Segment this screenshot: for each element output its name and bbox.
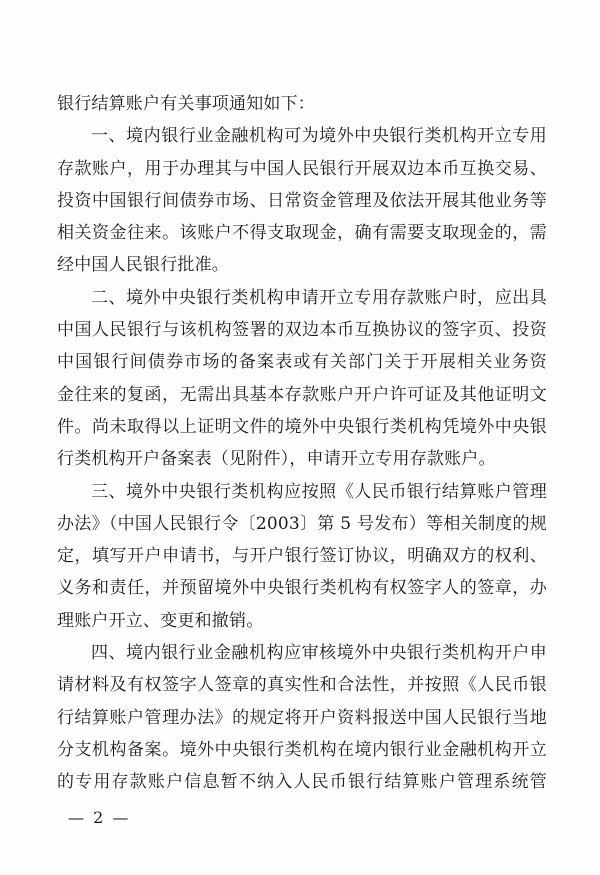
- text-line: 一、境内银行业金融机构可为境外中央银行类机构开立专用: [57, 120, 547, 152]
- text-line: 理账户开立、变更和撤销。: [57, 605, 547, 637]
- text-line: 中国银行间债券市场的备案表或有关部门关于开展相关业务资: [57, 346, 547, 378]
- text-line: 银行结算账户有关事项通知如下：: [57, 88, 547, 120]
- page-number: — 2 —: [68, 806, 130, 830]
- text-line: 相关资金往来。该账户不得支取现金，确有需要支取现金的，需: [57, 217, 547, 249]
- text-line: 存款账户，用于办理其与中国人民银行开展双边本币互换交易、: [57, 153, 547, 185]
- text-line: 二、境外中央银行类机构申请开立专用存款账户时，应出具: [57, 282, 547, 314]
- text-line: 件。尚未取得以上证明文件的境外中央银行类机构凭境外中央银: [57, 411, 547, 443]
- text-line: 请材料及有权签字人签章的真实性和合法性，并按照《人民币银: [57, 669, 547, 701]
- text-line: 义务和责任，并预留境外中央银行类机构有权签字人的签章，办: [57, 572, 547, 604]
- text-line: 办法》（中国人民银行令〔2003〕第 5 号发布）等相关制度的规: [57, 508, 547, 540]
- text-line: 定，填写开户申请书，与开户银行签订协议，明确双方的权利、: [57, 540, 547, 572]
- text-line: 分支机构备案。境外中央银行类机构在境内银行业金融机构开立: [57, 734, 547, 766]
- document-page: 银行结算账户有关事项通知如下： 一、境内银行业金融机构可为境外中央银行类机构开立…: [0, 0, 600, 875]
- text-line: 的专用存款账户信息暂不纳入人民币银行结算账户管理系统管: [57, 766, 547, 798]
- text-line: 投资中国银行间债券市场、日常资金管理及依法开展其他业务等: [57, 185, 547, 217]
- text-line: 经中国人民银行批准。: [57, 249, 547, 281]
- text-line: 四、境内银行业金融机构应审核境外中央银行类机构开户申: [57, 637, 547, 669]
- text-line: 中国人民银行与该机构签署的双边本币互换协议的签字页、投资: [57, 314, 547, 346]
- text-line: 行类机构开户备案表（见附件），申请开立专用存款账户。: [57, 443, 547, 475]
- text-line: 三、境外中央银行类机构应按照《人民币银行结算账户管理: [57, 476, 547, 508]
- text-line: 金往来的复函，无需出具基本存款账户开户许可证及其他证明文: [57, 379, 547, 411]
- body-text: 银行结算账户有关事项通知如下： 一、境内银行业金融机构可为境外中央银行类机构开立…: [57, 88, 547, 799]
- text-line: 行结算账户管理办法》的规定将开户资料报送中国人民银行当地: [57, 702, 547, 734]
